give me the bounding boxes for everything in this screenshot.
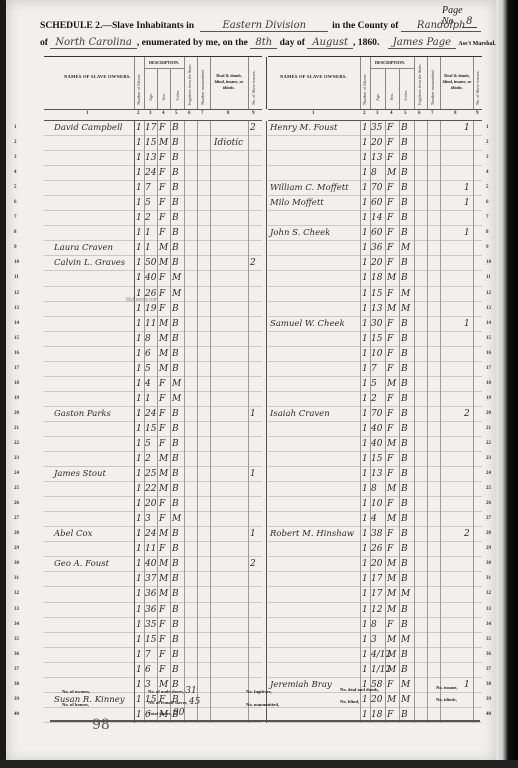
table-row: 1David Campbell117FB2 — [44, 121, 262, 136]
slave-count: 1 — [362, 241, 368, 255]
grid-line — [399, 121, 400, 723]
fugitives-column-header: Fugitives from the State. — [187, 61, 192, 105]
owner-name: Geo A. Foust — [54, 557, 109, 571]
slave-count: 1 — [362, 482, 368, 496]
line-number: 40 — [14, 712, 19, 717]
line-number: 27 — [14, 516, 19, 521]
line-number: 10 — [14, 260, 19, 265]
description-header: DESCRIPTION. — [375, 60, 405, 65]
sex-value: F — [387, 317, 393, 331]
slave-count: 1 — [362, 166, 368, 180]
slave-count: 1 — [362, 467, 368, 481]
color-value: B — [172, 422, 179, 436]
slave-count: 1 — [362, 181, 368, 195]
sex-value: M — [159, 587, 168, 601]
color-value: B — [401, 211, 408, 225]
table-row: 2713FM — [44, 512, 262, 527]
color-value: B — [172, 542, 179, 556]
table-row: 7114FB — [268, 211, 482, 226]
sex-value: M — [387, 557, 396, 571]
deaf-count-label: No. deaf and dumb, — [340, 687, 379, 692]
enumerated-label: , enumerated by me, on the — [137, 37, 248, 48]
grid-line — [248, 121, 249, 723]
age-value: 5 — [145, 196, 151, 210]
sex-value: F — [387, 121, 393, 135]
table-row: 1518MB — [44, 332, 262, 347]
color-column-header: Color. — [175, 90, 180, 100]
slave-count: 1 — [136, 437, 142, 451]
col-number: 5 — [404, 111, 407, 116]
color-value: B — [401, 377, 408, 391]
slave-count: 1 — [362, 271, 368, 285]
col-number: 4 — [162, 111, 165, 116]
age-value: 40 — [145, 557, 156, 571]
age-value: 13 — [371, 151, 382, 165]
age-value: 25 — [145, 467, 156, 481]
color-value: B — [401, 136, 408, 150]
color-value: B — [401, 452, 408, 466]
table-row: 31117MB — [268, 572, 482, 587]
sex-column-header: Sex. — [161, 93, 166, 100]
color-value: B — [401, 317, 408, 331]
age-value: 22 — [145, 482, 156, 496]
slave-count: 1 — [136, 121, 142, 135]
age-value: 2 — [145, 211, 151, 225]
table-row: 26120FB — [44, 497, 262, 512]
schedule-title-line: SCHEDULE 2.—Slave Inhabitants in Eastern… — [40, 20, 518, 31]
fugitives-column-header: Fugitives from the State. — [417, 61, 422, 105]
age-value: 5 — [145, 437, 151, 451]
houses-count-label: No. of houses, — [62, 702, 89, 707]
age-value: 24 — [145, 527, 156, 541]
age-value: 5 — [145, 362, 151, 376]
line-number: 9 — [486, 245, 489, 250]
grid-line — [440, 121, 441, 723]
age-value: 60 — [371, 196, 382, 210]
sex-value: F — [387, 422, 393, 436]
sex-value: M — [159, 136, 168, 150]
slave-count: 1 — [362, 497, 368, 511]
sex-value: M — [159, 452, 168, 466]
table-row: 9Laura Craven11MB — [44, 241, 262, 256]
age-value: 40 — [371, 422, 382, 436]
line-number: 19 — [14, 396, 19, 401]
blind-count-label: No. blind, — [340, 699, 359, 704]
grid-line — [473, 121, 474, 723]
line-number: 39 — [486, 697, 491, 702]
owner-name: David Campbell — [54, 121, 123, 135]
color-value: B — [172, 527, 179, 541]
color-value: B — [172, 663, 179, 677]
color-value: B — [172, 603, 179, 617]
age-value: 24 — [145, 407, 156, 421]
houses-value: 2 — [250, 557, 256, 571]
sex-value: F — [387, 226, 393, 240]
male-slaves-label: No. of male slaves, — [148, 689, 184, 694]
color-value: B — [401, 512, 408, 526]
line-number: 35 — [486, 637, 491, 642]
col-number: 5 — [175, 111, 178, 116]
houses-value: 1 — [464, 317, 470, 331]
color-value: M — [172, 512, 181, 526]
line-number: 1 — [14, 125, 17, 130]
age-value: 20 — [145, 497, 156, 511]
houses-value: 1 — [464, 196, 470, 210]
table-row: 1Henry M. Foust135FB1 — [268, 121, 482, 136]
slave-count: 1 — [362, 603, 368, 617]
age-value: 18 — [371, 271, 382, 285]
line-number: 33 — [486, 607, 491, 612]
line-number: 9 — [14, 245, 17, 250]
right-census-table: NAMES OF SLAVE OWNERS. Number of Slaves.… — [268, 56, 482, 723]
line-number: 26 — [486, 501, 491, 506]
slave-count: 1 — [136, 618, 142, 632]
table-row: 30120MB — [268, 557, 482, 572]
slave-count: 1 — [362, 136, 368, 150]
color-value: B — [172, 256, 179, 270]
table-row: 3711/12MB — [268, 663, 482, 678]
table-row: 32136MB — [44, 587, 262, 602]
houses-value: 1 — [464, 181, 470, 195]
table-row: 30Geo A. Foust140MB2 — [44, 557, 262, 572]
table-row: 3113FB — [268, 151, 482, 166]
line-number: 17 — [486, 366, 491, 371]
line-number: 15 — [486, 336, 491, 341]
color-value: B — [172, 166, 179, 180]
table-row: 34135FB — [44, 618, 262, 633]
slave-count: 1 — [136, 151, 142, 165]
line-number: 18 — [486, 381, 491, 386]
line-number: 21 — [486, 426, 491, 431]
age-value: 1 — [145, 241, 151, 255]
color-value: M — [401, 693, 410, 707]
slave-count: 1 — [136, 527, 142, 541]
line-number: 17 — [14, 366, 19, 371]
sex-value: M — [159, 256, 168, 270]
slave-count: 1 — [362, 587, 368, 601]
owner-name: Calvin L. Graves — [54, 256, 125, 270]
line-number: 7 — [14, 215, 17, 220]
line-number: 34 — [486, 622, 491, 627]
age-value: 38 — [371, 527, 382, 541]
line-number: 40 — [486, 712, 491, 717]
sex-value: M — [159, 527, 168, 541]
county-label: in the County of — [332, 20, 398, 31]
age-value: 30 — [371, 317, 382, 331]
table-row: 1814FM — [44, 377, 262, 392]
table-row: 11140FM — [44, 271, 262, 286]
slave-count: 1 — [136, 663, 142, 677]
table-row: 3614/12MB — [268, 648, 482, 663]
age-value: 40 — [371, 437, 382, 451]
line-number: 22 — [14, 441, 19, 446]
sex-value: M — [387, 302, 396, 316]
day-field: 8th — [250, 37, 277, 49]
table-row: 5William C. Moffett170FB1 — [268, 181, 482, 196]
slave-count: 1 — [136, 377, 142, 391]
line-number: 6 — [486, 200, 489, 205]
sex-value: F — [387, 527, 393, 541]
houses-value: 1 — [250, 407, 256, 421]
age-value: 11 — [145, 542, 156, 556]
color-value: B — [401, 121, 408, 135]
sex-value: F — [387, 332, 393, 346]
age-value: 7 — [145, 181, 151, 195]
table-row: 32117MM — [268, 587, 482, 602]
color-value: B — [172, 362, 179, 376]
houses-value: 2 — [464, 407, 470, 421]
table-row: 20Gaston Parks124FB1 — [44, 407, 262, 422]
left-table-header: NAMES OF SLAVE OWNERS. Number of Slaves.… — [44, 57, 262, 110]
age-value: 26 — [371, 542, 382, 556]
col-number: 9 — [476, 111, 479, 116]
owner-name: James Stout — [54, 467, 106, 481]
color-value: M — [172, 287, 181, 301]
color-value: B — [172, 317, 179, 331]
sex-value: M — [159, 347, 168, 361]
slave-count: 1 — [136, 693, 142, 707]
age-value: 1 — [145, 392, 151, 406]
color-value: B — [172, 557, 179, 571]
table-row: 14111MB — [44, 317, 262, 332]
slave-count: 1 — [136, 482, 142, 496]
slave-count: 1 — [136, 557, 142, 571]
line-number: 37 — [486, 667, 491, 672]
sex-value: M — [159, 362, 168, 376]
slave-count: 1 — [136, 452, 142, 466]
age-value: 8 — [145, 332, 151, 346]
table-row: 2714MB — [268, 512, 482, 527]
table-row: 29126FB — [268, 542, 482, 557]
slave-count: 1 — [136, 241, 142, 255]
col-number: 3 — [376, 111, 379, 116]
color-value: B — [401, 362, 408, 376]
table-row: 4124FB — [44, 166, 262, 181]
footer-rule — [50, 720, 480, 722]
age-value: 4 — [145, 377, 151, 391]
slave-count: 1 — [136, 211, 142, 225]
right-column-numbers: 1 2 3 4 5 6 7 8 9 — [268, 110, 482, 121]
owner-name: Jeremiah Bray — [270, 678, 332, 692]
slave-count: 1 — [136, 317, 142, 331]
owner-name: Gaston Parks — [54, 407, 111, 421]
slave-count: 1 — [362, 542, 368, 556]
slave-count: 1 — [362, 557, 368, 571]
age-value: 19 — [145, 302, 156, 316]
age-value: 17 — [145, 121, 156, 135]
sex-value: M — [387, 377, 396, 391]
line-number: 31 — [486, 576, 491, 581]
age-value: 70 — [371, 407, 382, 421]
color-value: B — [401, 196, 408, 210]
total-slaves-label: Total slaves, — [148, 711, 172, 716]
table-row: 12115FM — [268, 287, 482, 302]
sex-value: F — [387, 181, 393, 195]
grid-line — [184, 121, 185, 723]
age-value: 15 — [145, 633, 156, 647]
sex-value: F — [387, 256, 393, 270]
county-field: Randolph — [401, 20, 482, 32]
table-row: 24113FB — [268, 467, 482, 482]
table-row: 28Robert M. Hinshaw138FB2 — [268, 527, 482, 542]
sex-value: M — [387, 437, 396, 451]
table-row: 25122MB — [44, 482, 262, 497]
line-number: 29 — [486, 546, 491, 551]
slave-count: 1 — [136, 181, 142, 195]
table-row: 13119FB — [44, 302, 262, 317]
sex-value: M — [387, 482, 396, 496]
deaf-value: Idiotic — [214, 136, 243, 150]
line-number: 19 — [486, 396, 491, 401]
line-number: 5 — [486, 185, 489, 190]
color-value: B — [401, 166, 408, 180]
line-number: 35 — [14, 637, 19, 642]
color-value: B — [172, 572, 179, 586]
line-number: 28 — [486, 531, 491, 536]
age-value: 20 — [371, 693, 382, 707]
line-number: 13 — [486, 306, 491, 311]
slave-count: 1 — [362, 332, 368, 346]
age-value: 6 — [145, 347, 151, 361]
manumitted-column-header: Number manumitted. — [200, 61, 205, 105]
slave-count: 1 — [362, 572, 368, 586]
houses-column-header: No. of Slave houses. — [475, 61, 480, 105]
sex-value: F — [159, 166, 165, 180]
table-row: 35115FB — [44, 633, 262, 648]
table-row: 10120FB — [268, 256, 482, 271]
slave-count: 1 — [136, 256, 142, 270]
slave-count: 1 — [136, 467, 142, 481]
color-value: B — [401, 482, 408, 496]
color-value: B — [172, 136, 179, 150]
slave-count: 1 — [136, 407, 142, 421]
table-row: 28Abel Cox124MB1 — [44, 527, 262, 542]
sex-value: F — [387, 347, 393, 361]
age-value: 10 — [371, 347, 382, 361]
slave-count: 1 — [136, 196, 142, 210]
sex-value: F — [159, 437, 165, 451]
age-column-header: Age. — [148, 93, 153, 101]
sex-value: M — [387, 663, 396, 677]
age-value: 20 — [371, 256, 382, 270]
slave-count: 1 — [136, 302, 142, 316]
slave-count: 1 — [362, 618, 368, 632]
age-value: 10 — [371, 497, 382, 511]
sex-value: F — [159, 121, 165, 135]
sex-value: M — [159, 557, 168, 571]
sex-value: M — [387, 512, 396, 526]
sex-value: M — [159, 482, 168, 496]
col-number: 8 — [227, 111, 230, 116]
color-column-header: Color. — [403, 90, 408, 100]
color-value: M — [172, 377, 181, 391]
sex-value: M — [159, 317, 168, 331]
line-number: 4 — [486, 170, 489, 175]
age-value: 35 — [145, 618, 156, 632]
age-value: 36 — [145, 587, 156, 601]
color-value: B — [401, 226, 408, 240]
line-number: 25 — [14, 486, 19, 491]
col-number: 1 — [86, 111, 89, 116]
slave-count: 1 — [362, 287, 368, 301]
male-slaves-value: 31 — [185, 686, 196, 696]
table-row: 1717FB — [268, 362, 482, 377]
age-value: 8 — [371, 618, 377, 632]
age-value: 5 — [371, 377, 377, 391]
owner-name: John S. Cheek — [270, 226, 330, 240]
slave-count: 1 — [136, 332, 142, 346]
slave-count: 1 — [136, 166, 142, 180]
age-value: 8 — [371, 166, 377, 180]
age-value: 11 — [145, 317, 156, 331]
grid-line — [210, 121, 211, 723]
slave-count: 1 — [362, 422, 368, 436]
page-binding-edge — [496, 0, 518, 768]
color-value: B — [172, 211, 179, 225]
owner-name: William C. Moffett — [270, 181, 349, 195]
age-value: 40 — [145, 271, 156, 285]
sex-value: F — [159, 618, 165, 632]
age-value: 50 — [145, 256, 156, 270]
sex-value: M — [387, 633, 396, 647]
slave-count: 1 — [136, 633, 142, 647]
owner-name: Robert M. Hinshaw — [270, 527, 354, 541]
line-number: 23 — [486, 456, 491, 461]
slave-count: 1 — [362, 377, 368, 391]
slave-count: 1 — [136, 362, 142, 376]
enumeration-line: of North Carolina, enumerated by me, on … — [40, 37, 496, 48]
marshal-label: Ass't Marshal. — [458, 41, 495, 47]
age-value: 2 — [371, 392, 377, 406]
slave-count: 1 — [362, 663, 368, 677]
sex-value: M — [387, 271, 396, 285]
line-number: 20 — [14, 411, 19, 416]
line-number: 11 — [486, 275, 491, 280]
grid-line — [370, 121, 371, 723]
age-value: 15 — [145, 136, 156, 150]
line-number: 3 — [486, 155, 489, 160]
slave-count: 1 — [362, 151, 368, 165]
table-row: 1911FM — [44, 392, 262, 407]
color-value: B — [172, 587, 179, 601]
sex-value: F — [159, 512, 165, 526]
left-census-table: NAMES OF SLAVE OWNERS. Number of Slaves.… — [44, 56, 262, 723]
line-number: 2 — [486, 140, 489, 145]
line-number: 16 — [14, 351, 19, 356]
line-number: 37 — [14, 667, 19, 672]
color-value: B — [401, 422, 408, 436]
table-row: 3513MM — [268, 633, 482, 648]
day-of-label: day of — [280, 37, 305, 48]
col-number: 2 — [137, 111, 140, 116]
color-value: B — [401, 151, 408, 165]
sex-value: M — [387, 166, 396, 180]
slave-count: 1 — [362, 317, 368, 331]
color-value: M — [401, 241, 410, 255]
sex-value: M — [387, 648, 396, 662]
deaf-column-header: Deaf & dumb, blind, insane, or idiotic. — [212, 73, 246, 91]
sex-value: F — [159, 151, 165, 165]
year-label: , 1860. — [353, 37, 379, 48]
line-number: 38 — [486, 682, 491, 687]
sex-value: F — [159, 302, 165, 316]
line-number: 18 — [14, 381, 19, 386]
sex-value: M — [387, 587, 396, 601]
table-row: 9136FM — [268, 241, 482, 256]
houses-value: 1 — [464, 678, 470, 692]
female-slaves-label: No. of female slaves, — [148, 700, 188, 705]
month-field: August — [307, 37, 353, 49]
